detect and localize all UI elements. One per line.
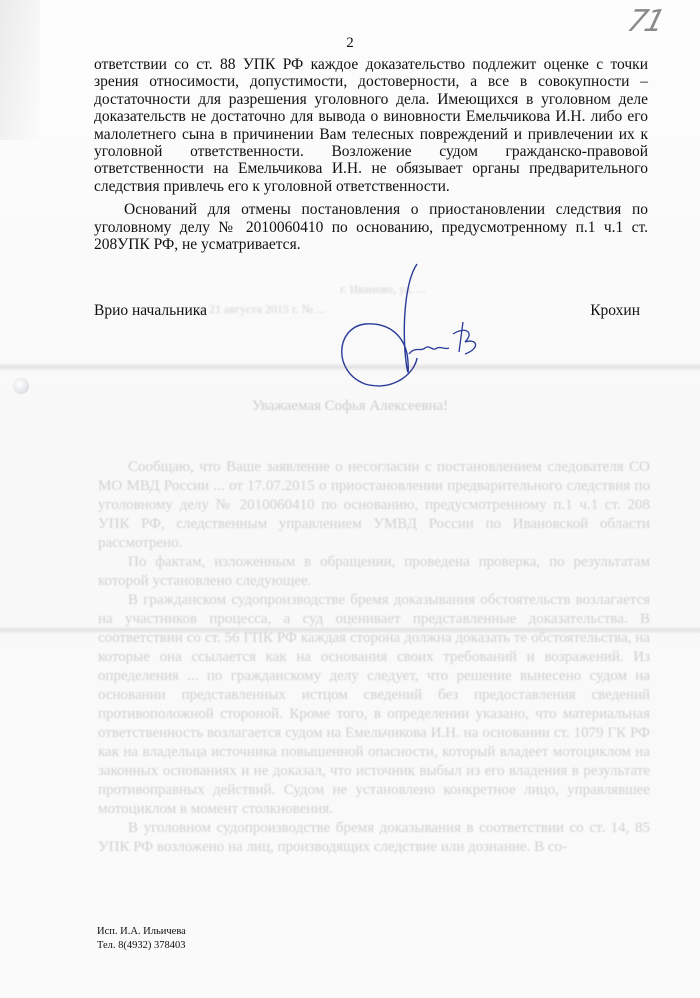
bleed-through-paragraph: Сообщаю, что Ваше заявление о несогласии… [98,458,650,553]
bleed-through-body: Сообщаю, что Ваше заявление о несогласии… [98,458,650,857]
handwritten-signature-icon [325,262,495,392]
executor-phone: Тел. 8(4932) 378403 [97,939,186,953]
page-number: 2 [0,35,700,52]
body-paragraph: Оснований для отмены постановления о при… [94,201,648,253]
bleed-through-fragment: от 21 августа 2015 г. № ... [195,302,325,317]
signatory-title: Врио начальника [94,302,207,320]
executor-name: Исп. И.А. Ильичева [97,925,186,939]
executor-info: Исп. И.А. Ильичева Тел. 8(4932) 378403 [97,925,186,953]
letter-body: ответствии со ст. 88 УПК РФ каждое доказ… [94,56,648,253]
page-corner-shadow [0,0,40,140]
bleed-through-paragraph: В гражданском судопроизводстве бремя док… [98,591,650,819]
body-paragraph: ответствии со ст. 88 УПК РФ каждое доказ… [94,56,648,195]
handwritten-sheet-number: 71 [623,4,667,39]
bleed-through-paragraph: По фактам, изложенным в обращении, прове… [98,553,650,591]
punch-hole [13,378,29,394]
document-page: г. Иваново, ул. ... от 21 августа 2015 г… [0,0,700,998]
bleed-through-paragraph: В уголовном судопроизводстве бремя доказ… [98,819,650,857]
bleed-through-salutation: Уважаемая Софья Алексеевна! [0,398,700,415]
signatory-name: Крохин [590,302,640,320]
